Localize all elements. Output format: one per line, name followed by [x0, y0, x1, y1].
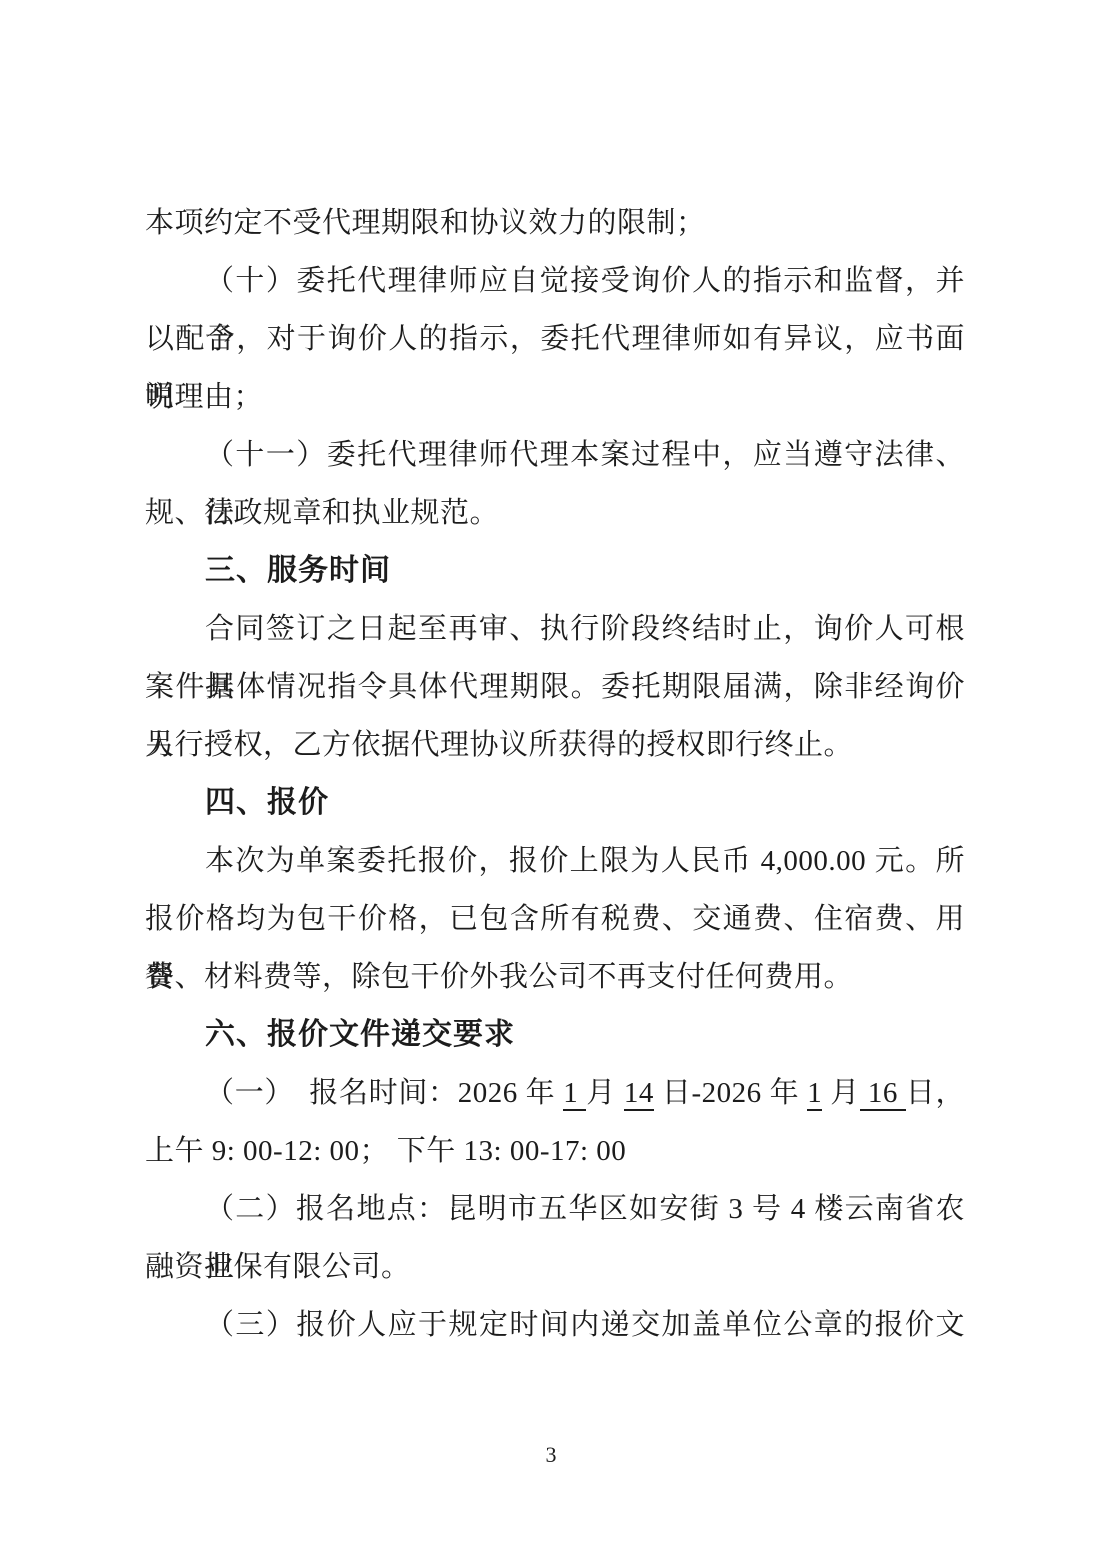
text-line: （十）委托代理律师应自觉接受询价人的指示和监督，并予 — [145, 252, 965, 310]
text-segment: （一） 报名时间：2026 年 — [205, 1077, 563, 1109]
text-line: （十一）委托代理律师代理本案过程中，应当遵守法律、法 — [145, 426, 965, 484]
text-line: 本项约定不受代理期限和协议效力的限制； — [145, 194, 965, 252]
text-segment: 规、行政规章和执业规范。 — [145, 497, 499, 529]
text-segment: 日， — [906, 1077, 965, 1109]
text-line: 上午 9: 00-12: 00； 下午 13: 00-17: 00 — [145, 1122, 965, 1180]
text-line: （三）报价人应于规定时间内递交加盖单位公章的报价文 — [145, 1296, 965, 1354]
text-line: 案件具体情况指令具体代理期限。委托期限届满，除非经询价人 — [145, 658, 965, 716]
text-line: 费、材料费等，除包干价外我公司不再支付任何费用。 — [145, 948, 965, 1006]
underlined-value: 1 — [563, 1077, 586, 1111]
underlined-value: 16 — [860, 1077, 906, 1111]
text-line: （二）报名地点：昆明市五华区如安街 3 号 4 楼云南省农业 — [145, 1180, 965, 1238]
document-page: 本项约定不受代理期限和协议效力的限制；（十）委托代理律师应自觉接受询价人的指示和… — [0, 0, 1102, 1559]
section-heading: 三、服务时间 — [145, 542, 965, 600]
text-line: （一） 报名时间：2026 年 1 月 14 日-2026 年 1 月 16 日… — [145, 1064, 965, 1122]
text-segment: 六、报价文件递交要求 — [205, 1018, 515, 1051]
underlined-value: 14 — [624, 1077, 654, 1111]
text-segment: 明理由； — [145, 381, 263, 413]
section-heading: 六、报价文件递交要求 — [145, 1006, 965, 1064]
text-line: 合同签订之日起至再审、执行阶段终结时止，询价人可根据 — [145, 600, 965, 658]
text-segment: （三）报价人应于规定时间内递交加盖单位公章的报价文 — [205, 1309, 965, 1341]
text-line: 融资担保有限公司。 — [145, 1238, 965, 1296]
text-segment: 日-2026 年 — [654, 1077, 807, 1109]
text-line: 本次为单案委托报价，报价上限为人民币 4,000.00 元。所 — [145, 832, 965, 890]
text-segment: 月 — [822, 1077, 860, 1109]
underlined-value: 1 — [807, 1077, 822, 1111]
text-line: 另行授权，乙方依据代理协议所获得的授权即行终止。 — [145, 716, 965, 774]
text-segment: 融资担保有限公司。 — [145, 1251, 411, 1283]
document-body: 本项约定不受代理期限和协议效力的限制；（十）委托代理律师应自觉接受询价人的指示和… — [145, 194, 965, 1354]
text-line: 规、行政规章和执业规范。 — [145, 484, 965, 542]
text-segment: 费、材料费等，除包干价外我公司不再支付任何费用。 — [145, 961, 853, 993]
text-line: 明理由； — [145, 368, 965, 426]
text-line: 报价格均为包干价格，已包含所有税费、交通费、住宿费、用餐 — [145, 890, 965, 948]
text-segment: 本次为单案委托报价，报价上限为人民币 4,000.00 元。所 — [205, 845, 965, 877]
text-segment: 另行授权，乙方依据代理协议所获得的授权即行终止。 — [145, 729, 853, 761]
text-segment: 月 — [586, 1077, 624, 1109]
text-segment: 三、服务时间 — [205, 554, 391, 587]
page-number: 3 — [0, 1440, 1102, 1470]
text-segment: 上午 9: 00-12: 00； 下午 13: 00-17: 00 — [145, 1135, 626, 1167]
text-line: 以配合，对于询价人的指示，委托代理律师如有异议，应书面说 — [145, 310, 965, 368]
section-heading: 四、报价 — [145, 774, 965, 832]
text-segment: 四、报价 — [205, 786, 329, 819]
text-segment: 本项约定不受代理期限和协议效力的限制； — [145, 207, 706, 239]
